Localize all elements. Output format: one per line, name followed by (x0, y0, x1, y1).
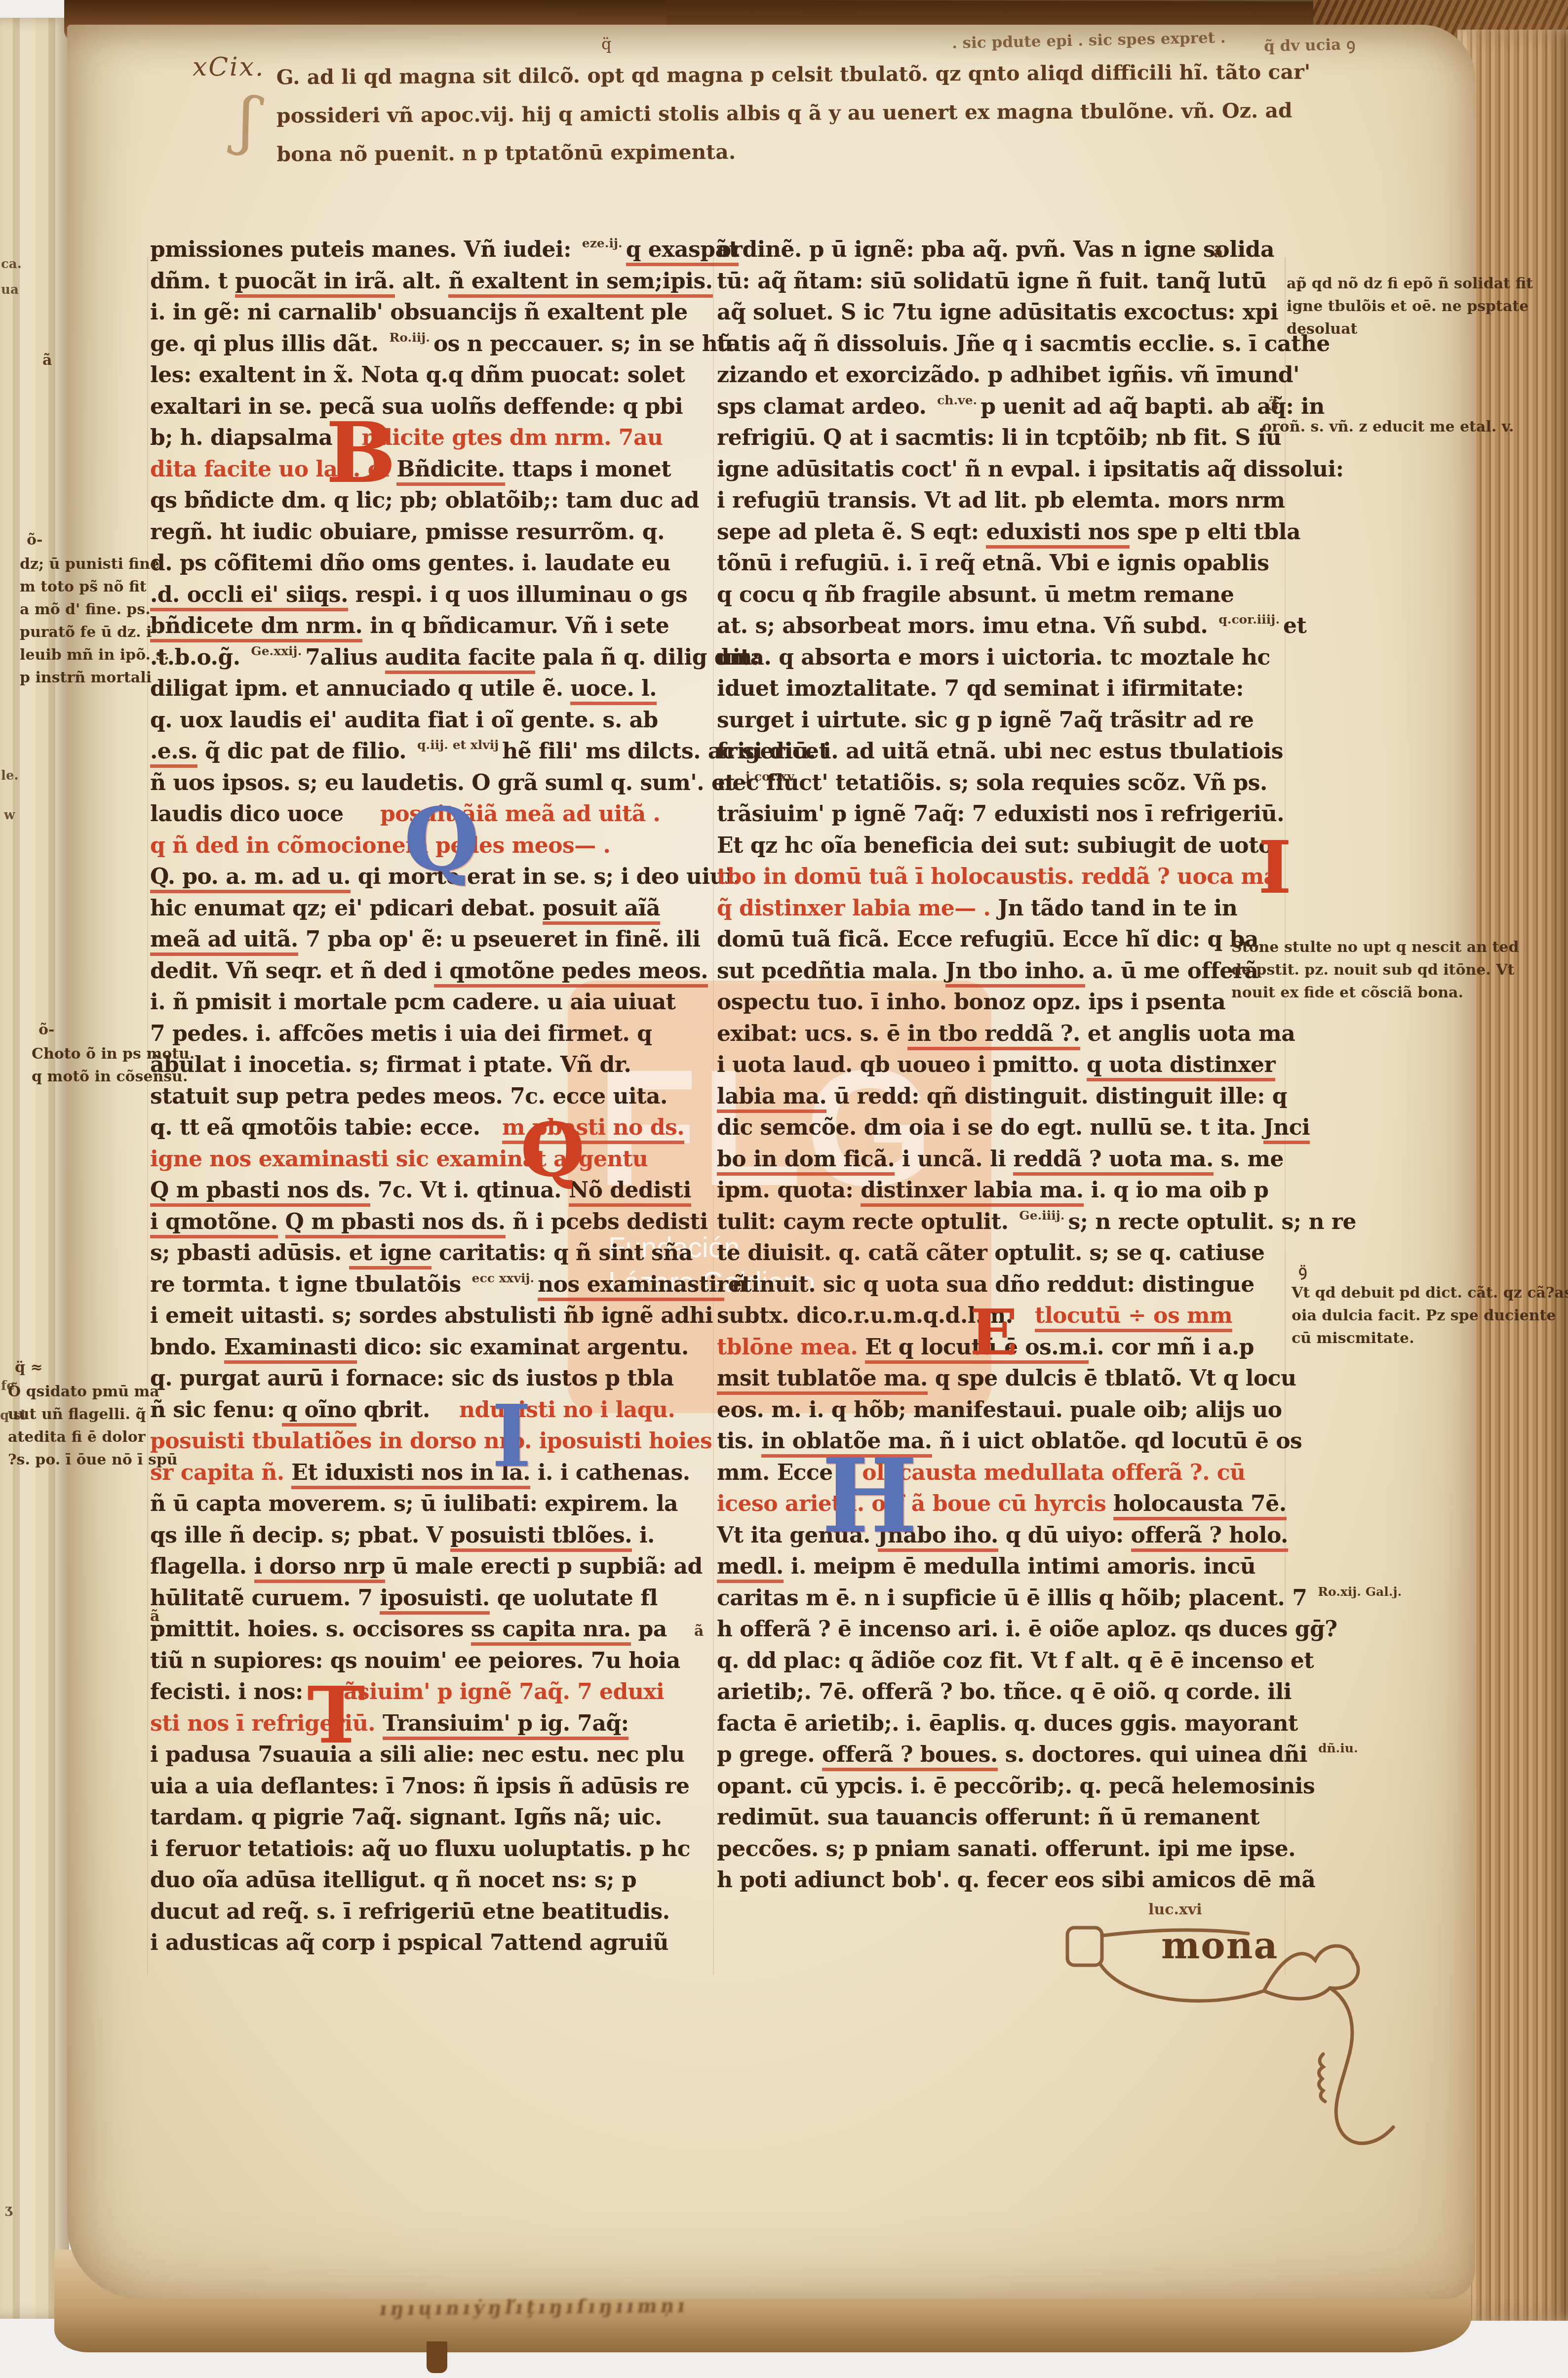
citation-note: Ro.xij. Gal.j. (1318, 1585, 1402, 1599)
manuscript-text-line: les: exaltent in x̃. Nota q.q dñm puocat… (150, 362, 708, 394)
margin-gloss-left: Õ qsidato pmū mauut uñ flagelli. q̃atedi… (8, 1381, 178, 1471)
manuscript-text-line: ge. qi plus illis dãt. Ro.iij.os n pecca… (150, 331, 708, 363)
manuscript-text-line: meã ad uitã. 7 pba op' ẽ: u pseueret in … (150, 927, 708, 958)
manuscript-text-line: ospectu tuo. ī inho. bonoz opz. ips i ps… (717, 990, 1285, 1021)
margin-gloss-line: desoluat (1287, 318, 1533, 341)
text-run: d. ps cõfitemi dño oms gentes. i. laudat… (150, 551, 670, 576)
text-run: tis. (717, 1428, 761, 1454)
manuscript-text-line: ñ ū capta moverem. s; ū iulibati: expire… (150, 1491, 708, 1523)
margin-gloss-line: a mõ d' fine. ps. (20, 598, 169, 621)
manuscript-text-line: ordinẽ. p ū ignẽ: pba aq̃. pvñ. Vas n ig… (717, 237, 1285, 269)
manuscript-text-line: posuisti tbulatiões in dorso nro. iposui… (150, 1428, 708, 1460)
text-run: offerã ? boues. (822, 1742, 998, 1771)
citation-note: dñ.iu. (1318, 1741, 1358, 1755)
margin-gloss-line: leuib mñ in ipõ. s. (20, 644, 169, 667)
text-run: tulit: caym recte optulit. (717, 1209, 1016, 1234)
manuscript-text-line: 7 pedes. i. affcões metis i uia dei firm… (150, 1021, 708, 1053)
text-run: refrigiū. Q at i sacmtis: li in tcptõib;… (717, 425, 1281, 450)
manuscript-text-line: tardam. q pigrie 7aq̃. signant. Igñs nã;… (150, 1805, 708, 1836)
text-run: peccões. s; p pniam sanati. offerunt. ip… (717, 1836, 1295, 1862)
manuscript-text-line: i feruor tetatiois: aq̃ uo fluxu uolupta… (150, 1836, 708, 1868)
text-run: Jnci (1263, 1115, 1310, 1144)
manuscript-text-line: dita facite uo lau. ei Bñdicite. ttaps i… (150, 457, 708, 488)
text-run: hic enumat qz; ei' pdicari debat. (150, 896, 543, 921)
text-run: i feruor tetatiois: aq̃ uo fluxu uolupta… (150, 1836, 690, 1862)
scroll-tail-scallops (1319, 2054, 1325, 2101)
manuscript-text-line: bo in dom ficã. i uncã. li reddã ? uota … (717, 1147, 1285, 1178)
text-run: labia ma. (717, 1084, 826, 1113)
margin-note-cue: q̈ ≈ (15, 1359, 43, 1376)
manuscript-text-line: q. tt eã qmotõis tabie: ecce. m pbasti n… (150, 1115, 708, 1147)
manuscript-text-line: dñm. t puocãt in irã. alt. ñ exaltent in… (150, 269, 708, 300)
margin-gloss-line: dz; ū punisti fine (20, 553, 169, 576)
margin-gloss-left: Choto õ in ps motu.q motõ in cõsensu. (32, 1043, 195, 1088)
margin-gloss-line: m toto ps̃ nõ fit (20, 576, 169, 598)
manuscript-text-line: i emeit uitasti. s; sordes abstulisti ñb… (150, 1303, 708, 1335)
text-run: ãbulat i inocetia. s; firmat i ptate. Vñ… (150, 1052, 631, 1077)
text-run: regñ. ht iudic obuiare, pmisse resurrõm.… (150, 519, 665, 545)
text-run: Et qz hc oĩa beneficia dei sut: subiugit… (717, 833, 1280, 858)
text-run: .e.s. (150, 739, 197, 768)
gutter-text-fragment: le. (1, 768, 18, 783)
text-run: re tormta. t igne tbulatõis (150, 1272, 469, 1297)
text-run: i uncã. li (895, 1147, 1013, 1172)
text-run: i. cor mñ i a.p (1089, 1335, 1254, 1360)
manuscript-text-line: uita. q absorta e mors i uictoria. tc mo… (717, 645, 1285, 676)
decorated-initial: I (492, 1398, 531, 1475)
manuscript-text-line: tatis aq̃ ñ dissoluis. Jñe q i sacmtis e… (717, 331, 1285, 363)
manuscript-text-line: bñdicete dm nrm. in q bñdicamur. Vñ i se… (150, 613, 708, 645)
text-run: ñ i pcebs dedisti (506, 1209, 708, 1234)
text-run: alt. (395, 269, 449, 294)
text-run: ū redd: qñ distinguit. distinguit ille: … (826, 1084, 1287, 1109)
text-run: tū: aq̃ ñtam: siū solidatū igne ñ fuit. … (717, 269, 1266, 294)
text-run: q uota distinxer (1087, 1052, 1275, 1081)
text-run: ū male erecti p supbiã: ad (385, 1554, 703, 1579)
header-gloss-line1: G. ad li qd magna sit dilcõ. opt qd magn… (276, 53, 1310, 97)
manuscript-text-line: duo oĩa adūsa itelligut. q ñ nocet ns: s… (150, 1867, 708, 1899)
text-run: flagella. (150, 1554, 254, 1579)
text-run: qe uolutate fl (490, 1585, 658, 1611)
text-run: duo oĩa adūsa itelligut. q ñ nocet ns: s… (150, 1867, 636, 1893)
header-gloss: G. ad li qd magna sit dilcõ. opt qd magn… (276, 53, 1311, 174)
text-run: sepe ad pleta ẽ. S eqt: (717, 519, 986, 545)
manuscript-text-line: igne adūsitatis coct' ñ n evpal. i ipsit… (717, 457, 1285, 488)
citation-note: Ge.iiij. (1019, 1208, 1064, 1223)
manuscript-text-line: regñ. ht iudic obuiare, pmisse resurrõm.… (150, 519, 708, 551)
decorated-initial: T (307, 1681, 365, 1751)
text-run: posuisti tblões. (450, 1523, 632, 1552)
manuscript-text-line: tbo in domū tuã ī holocaustis. reddã ? u… (717, 864, 1285, 896)
manuscript-text-line: i padusa 7suauia a sili alie: nec estu. … (150, 1742, 708, 1774)
text-run: fecisti. i nos: (150, 1679, 332, 1704)
scroll-roll (1067, 1928, 1102, 1965)
text-run: s. me (1214, 1147, 1284, 1172)
text-run: opant. cū ypcis. i. ē peccõrib;. q. pecã… (717, 1774, 1315, 1799)
text-run: q̃ dic pat de filio. (197, 739, 414, 764)
manuscript-text-line: sps clamat ardeo. ch.ve.p uenit ad aq̃ b… (717, 394, 1285, 426)
gutter-text-fragment: w (4, 808, 15, 823)
manuscript-text-line: igne nos examinasti sic examinat argentu (150, 1147, 708, 1178)
manuscript-text-line: sepe ad pleta ẽ. S eqt: eduxisti nos spe… (717, 519, 1285, 551)
text-run: q. uox laudis ei' audita fiat i oĩ gente… (150, 708, 658, 733)
text-run: Q m pbasti nos ds. (285, 1209, 506, 1238)
margin-gloss-line: Vt qd debuit pd dict. cãt. qz cã?as (1292, 1282, 1568, 1305)
decorated-initial: Q (520, 1117, 585, 1184)
manuscript-text-line: iceso arietū. off ã boue cū hyrcis holoc… (717, 1491, 1285, 1523)
text-run: 7 pba op' ẽ: u pseueret in finẽ. ili (298, 927, 701, 952)
header-gloss-line3: bona nõ puenit. n p tptatõnū expimenta. (276, 130, 1311, 174)
ruling-line-left (147, 257, 148, 1975)
text-run: dñm. t (150, 269, 235, 294)
facing-page-edge (0, 18, 69, 2319)
manuscript-text-line: uia a uia deflantes: ī 7nos: ñ ipsis ñ a… (150, 1774, 708, 1805)
text-run: Jn tbo inho. (945, 958, 1085, 988)
manuscript-text-line: mm. Ecce olocausta medullata offerã ?. c… (717, 1460, 1285, 1492)
text-run: meã ad uitã. (150, 927, 298, 956)
text-run: q oĩno (282, 1397, 356, 1427)
text-run: facta ē arietib;. i. ēaplis. q. duces gg… (717, 1711, 1298, 1736)
manuscript-text-line: re tormta. t igne tbulatõis ecc xxvij.no… (150, 1272, 708, 1304)
header-faded-note-2: q̃ dv ucia ꝯ (1264, 34, 1356, 56)
manuscript-text-line: ãbulat i inocetia. s; firmat i ptate. Vñ… (150, 1052, 708, 1084)
margin-gloss-line: ?s. po. ī ōue nō ī spū (8, 1449, 178, 1471)
text-run: q ñ ded in cõmocionem pedes meos— . (150, 833, 610, 858)
text-run: Q m pbasti nos ds. (150, 1178, 370, 1207)
text-run: bndo. (150, 1335, 224, 1360)
text-run: tblōne mea. (717, 1335, 865, 1360)
text-run: s. doctores. qui uinea dñi (998, 1742, 1315, 1767)
text-run: p grege. (717, 1742, 822, 1767)
text-run: dedit. Vñ seqr. et ñ ded (150, 958, 434, 984)
scroll-tail (1330, 1988, 1393, 2143)
manuscript-text-line: h offerã ? ē incenso ari. i. ē oiõe aplo… (717, 1617, 1285, 1648)
gutter-text-fragment: q sl (0, 1408, 26, 1423)
manuscript-text-line: statuit sup petra pedes meos. 7c. ecce u… (150, 1084, 708, 1115)
gutter-text-fragment: ca. (1, 257, 22, 272)
margin-gloss-line: Choto õ in ps motu. (32, 1043, 195, 1066)
text-run: retinuit. sic q uota sua dño reddut: dis… (717, 1272, 1254, 1297)
manuscript-text-line: tõnū i refugiū. i. ī req̃ etnã. Vbi e ig… (717, 551, 1285, 582)
manuscript-text-line: iduet imoztalitate. 7 qd seminat i ifirm… (717, 676, 1285, 708)
text-run: i. q io ma oib p (1084, 1178, 1269, 1203)
margin-gloss-line: oia dulcia facit. Pz spe duciente (1292, 1305, 1568, 1327)
citation-note: q.iij. et xlvij (417, 738, 499, 752)
text-run: 7 pedes. i. affcões metis i uia dei firm… (150, 1021, 652, 1046)
text-run: te diuisit. q. catã cãter optulit. s; se… (717, 1240, 1264, 1266)
manuscript-text-line: q. uox laudis ei' audita fiat i oĩ gente… (150, 708, 708, 739)
citation-note: ecc xxvij. (472, 1271, 535, 1285)
left-text-column: pmissiones puteis manes. Vñ iudei: eze.i… (150, 237, 708, 1962)
gutter-text-fragment: ua (1, 282, 19, 297)
text-run: tiũ n supiores: qs nouim' ee peiores. 7u… (150, 1648, 680, 1673)
scroll-band-bottom (1101, 1965, 1264, 2001)
text-run: i qmotõne pedes meos. (434, 958, 708, 988)
manuscript-text-line: ducut ad req̃. s. ī refrigeriū etne beat… (150, 1899, 708, 1931)
margin-gloss-line: Õ qsidato pmū ma (8, 1381, 178, 1403)
scroll-band-top (1102, 1930, 1248, 1936)
right-text-column: ordinẽ. p ū ignẽ: pba aq̃. pvñ. Vas n ig… (717, 237, 1285, 1899)
text-run: ñ exaltent in sem;ipis. (448, 269, 712, 298)
manuscript-text-line: opant. cū ypcis. i. ē peccõrib;. q. pecã… (717, 1774, 1285, 1805)
citation-note: Ge.xxij. (251, 644, 302, 658)
text-run: olocausta medullata offerã ?. cū (862, 1460, 1245, 1485)
text-run: et igne (349, 1240, 432, 1269)
manuscript-text-line: eos. m. i. q hõb; manifestaui. puale oib… (717, 1397, 1285, 1429)
text-run: 7alius (305, 645, 385, 670)
manuscript-text-line: Et qz hc oĩa beneficia dei sut: subiugit… (717, 833, 1285, 865)
text-run: iposuisti. (380, 1585, 489, 1615)
text-run: i. (632, 1523, 655, 1548)
manuscript-text-line: ñ sic fenu: q oĩno qbrit. nduxisti no i … (150, 1397, 708, 1429)
under-page-text-sliver: ıŋıųınıẏŋľıţıŋıſıŋıımņı (378, 2295, 690, 2320)
text-run: qs bñdicte dm. q lic; pb; oblatõib;: tam… (150, 488, 699, 513)
citation-note: eze.ij. (582, 236, 623, 250)
manuscript-text-line: hūlitatẽ curuem. 7 iposuisti. qe uolutat… (150, 1585, 708, 1617)
text-run: Q. po. a. m. ad u. (150, 864, 351, 893)
text-run: s; pbasti adūsis. (150, 1240, 349, 1266)
text-run: dico: sic examinat argentu. (357, 1335, 689, 1360)
text-run: exaltari in se. pecã sua uolñs deffende:… (150, 394, 683, 419)
text-run: arietib;. 7ē. offerã ? bo. tñce. q ē oiõ… (717, 1679, 1292, 1704)
text-run: q. purgat aurū i fornace: sic ds iustos … (150, 1366, 674, 1391)
text-run: tatis aq̃ ñ dissoluis. Jñe q i sacmtis e… (717, 331, 1330, 357)
text-run: pa (631, 1617, 667, 1642)
margin-gloss-right: Stone stulte no upt q nescit an tedde ps… (1231, 936, 1519, 1004)
margin-gloss-line: cū miscmitate. (1292, 1327, 1568, 1350)
text-run: nos examinasti. (538, 1272, 724, 1301)
text-run: Jn tãdo tand in te in (998, 896, 1237, 921)
text-run: Examinasti (224, 1335, 357, 1364)
text-run: eos. m. i. q hõb; manifestaui. puale oib… (717, 1397, 1282, 1423)
margin-gloss-line: nouit ex fide et cõsciã bona. (1231, 982, 1519, 1004)
text-run: trãsiuim' p ignẽ 7aq̃: 7 eduxisti nos ī … (717, 801, 1284, 827)
text-run: et (1283, 613, 1306, 638)
text-run: redimūt. sua tauancis offerunt: ñ ū rema… (717, 1805, 1259, 1830)
text-run: diligat ipm. et annuciado q utile ẽ. (150, 676, 570, 701)
text-run: i. i cathenas. (530, 1460, 690, 1485)
manuscript-text-line: i. in gẽ: ni carnalib' obsuancijs ñ exal… (150, 300, 708, 331)
manuscript-text-line: tis. in oblatõe ma. ñ i uict oblatõe. qd… (717, 1428, 1285, 1460)
citation-note: ch.ve. (937, 393, 977, 407)
text-run: i. in gẽ: ni carnalib' obsuancijs ñ exal… (150, 300, 688, 325)
manuscript-text-line: .d. occli ei' siiqs. respi. i q uos illu… (150, 582, 708, 614)
text-run: uita. q absorta e mors i uictoria. tc mo… (717, 645, 1270, 670)
text-run: holocausta 7ē. (1113, 1491, 1287, 1520)
margin-gloss-line: atedita fi ē dolor (8, 1426, 178, 1449)
text-run: sps clamat ardeo. (717, 394, 934, 419)
decorated-initial: I (1258, 835, 1292, 900)
text-run: ipm. quota: (717, 1178, 861, 1203)
text-run: zizando et exorcizãdo. p adhibet igñis. … (717, 362, 1299, 388)
manuscript-text-line: qs bñdicte dm. q lic; pb; oblatõib;: tam… (150, 488, 708, 519)
text-run: dic semcõe. dm oia i se do egt. nullū se… (717, 1115, 1263, 1140)
text-run: q dū uiyo: (998, 1523, 1131, 1548)
text-run: puocãt in irã. (235, 269, 395, 298)
text-run: medl. (717, 1554, 784, 1583)
manuscript-text-line: dedit. Vñ seqr. et ñ ded i qmotõne pedes… (150, 958, 708, 990)
text-run: surget i uirtute. sic g p ignẽ 7aq̃ trãs… (717, 708, 1254, 733)
manuscript-text-line: hic enumat qz; ei' pdicari debat. posuit… (150, 896, 708, 927)
manuscript-text-line: i adusticas aq̃ corp i pspical 7attend a… (150, 1930, 708, 1962)
manuscript-text-line: i qmotõne. Q m pbasti nos ds. ñ i pcebs … (150, 1209, 708, 1241)
text-run: exibat: ucs. s. ē (717, 1021, 907, 1046)
margin-gloss-line: de pstit. pz. nouit sub qd itōne. Vt (1231, 959, 1519, 982)
margin-gloss-right: Vt qd debuit pd dict. cãt. qz cã?asoia d… (1292, 1282, 1568, 1350)
text-run: et anglis uota ma (1080, 1021, 1295, 1046)
text-run: frigeriū. i. ad uitã etnã. ubi nec estus… (717, 739, 1283, 764)
text-run: eduxisti nos (986, 519, 1130, 549)
manuscript-text-line: qs ille ñ decip. s; pbat. V posuisti tbl… (150, 1523, 708, 1554)
text-run: i uota laud. qb uoueo i pmitto. (717, 1052, 1087, 1077)
scroll-head (1264, 1946, 1358, 1999)
manuscript-text-line: msit tublatõe ma. q spe dulcis ē tblatõ.… (717, 1366, 1285, 1397)
text-run: i. ñ pmisit i mortale pcm cadere. u aia … (150, 990, 676, 1015)
text-run: domū tuã ficã. Ecce refugiū. Ecce hĩ dic… (717, 927, 1258, 952)
text-run: tlocutū ÷ os mm (1035, 1303, 1232, 1332)
text-run: Nõ dedisti (569, 1178, 691, 1207)
manuscript-text-line: peccões. s; p pniam sanati. offerunt. ip… (717, 1836, 1285, 1868)
manuscript-text-line: exaltari in se. pecã sua uolñs deffende:… (150, 394, 708, 426)
margin-note-cue: õ- (27, 531, 42, 549)
margin-gloss-line: puratõ fe ū dz. i (20, 621, 169, 644)
text-run: ttaps i monet (505, 457, 671, 482)
text-run: ospectu tuo. ī inho. bonoz opz. ips i ps… (717, 990, 1225, 1015)
text-run: Bñdicite. (396, 457, 505, 486)
text-run: pmittit. hoies. s. occisores (150, 1617, 471, 1642)
manuscript-text-line: i refugiū transis. Vt ad lit. pb elemta.… (717, 488, 1285, 519)
text-run: ducut ad req̃. s. ī refrigeriū etne beat… (150, 1899, 670, 1924)
margin-gloss-line: p instrñ mortali (20, 667, 169, 689)
text-run: ge. qi plus illis dãt. (150, 331, 386, 357)
margin-gloss-line: q motõ in cõsensu. (32, 1066, 195, 1088)
text-run: ss capita nra. (471, 1617, 631, 1646)
margin-note-cue: ꝯ̈ (1298, 1260, 1307, 1280)
manuscript-text-line: .e.s. q̃ dic pat de filio. q.iij. et xlv… (150, 739, 708, 770)
decorated-initial: Q (404, 801, 479, 879)
manuscript-text-line: Vt ita genua. Jnābo iho. q dū uiyo: offe… (717, 1523, 1285, 1554)
text-run: posuisti tbulatiões in dorso nro. iposui… (150, 1428, 712, 1454)
margin-mark: ã (694, 1623, 704, 1640)
manuscript-text-line: pmissiones puteis manes. Vñ iudei: eze.i… (150, 237, 708, 269)
citation-note: Ro.iij. (389, 330, 430, 345)
text-run: tõnū i refugiū. i. ī req̃ etnã. Vbi e ig… (717, 551, 1269, 576)
margin-gloss-line: oroñ. s. vñ. z educit me etal. v. (1262, 416, 1514, 438)
manuscript-text-line: dic semcõe. dm oia i se do egt. nullū se… (717, 1115, 1285, 1147)
text-run: Transiuim' p ig. 7aq̃: (383, 1711, 629, 1740)
manuscript-text-line: bndo. Examinasti dico: sic examinat arge… (150, 1335, 708, 1366)
text-run: in q bñdicamur. Vñ i sete (362, 613, 669, 638)
text-run: distinxer labia ma. (861, 1178, 1083, 1207)
decorated-initial: B (326, 416, 396, 490)
text-run: laudis dico uoce (150, 801, 380, 827)
text-run: ñ i uict oblatõe. qd locutū ē os (932, 1428, 1302, 1454)
manuscript-text-line: tulit: caym recte optulit. Ge.iiij.s; n … (717, 1209, 1285, 1241)
text-run (278, 1209, 285, 1234)
manuscript-text-line: trãsiuim' p ignẽ 7aq̃: 7 eduxisti nos ī … (717, 801, 1285, 833)
decorated-initial: H (822, 1451, 918, 1542)
text-run: qs ille ñ decip. s; pbat. V (150, 1523, 450, 1548)
text-run: i. meipm ē medulla intimi amoris. incū (784, 1554, 1256, 1579)
manuscript-text-line: arietib;. 7ē. offerã ? bo. tñce. q ē oiõ… (717, 1679, 1285, 1711)
text-run: uoce. l. (570, 676, 657, 705)
text-run: q̃ distinxer labia me— . (717, 896, 998, 921)
text-run: rãsiuim' p ignẽ 7aq̃. 7 eduxi (332, 1679, 664, 1704)
manuscript-text-line: surget i uirtute. sic g p ignẽ 7aq̃ trãs… (717, 708, 1285, 739)
manuscript-text-line: aq̃ soluet. S ic 7tu igne adūsitatis exc… (717, 300, 1285, 331)
manuscript-text-line: zizando et exorcizãdo. p adhibet igñis. … (717, 362, 1285, 394)
text-run: i adusticas aq̃ corp i pspical 7attend a… (150, 1930, 668, 1955)
margin-note-cue: ʒ̈ (1269, 394, 1277, 411)
manuscript-text-line: labia ma. ū redd: qñ distinguit. disting… (717, 1084, 1285, 1115)
text-run: uia a uia deflantes: ī 7nos: ñ ipsis ñ a… (150, 1774, 689, 1799)
catchword-scroll-drawing (1027, 1886, 1451, 2163)
manuscript-text-line: q. purgat aurū i fornace: sic ds iustos … (150, 1366, 708, 1397)
header-gloss-line2: possideri vñ apoc.vij. hij q amicti stol… (276, 91, 1311, 135)
manuscript-text-line: sut pcedñtia mala. Jn tbo inho. a. ū me … (717, 958, 1285, 990)
manuscript-text-line: facta ē arietib;. i. ēaplis. q. duces gg… (717, 1711, 1285, 1743)
manuscript-text-line: frigeriū. i. ad uitã etnã. ubi nec estus… (717, 739, 1285, 770)
manuscript-text-line: q. dd plac: q ãdiõe coz fit. Vt f alt. q… (717, 1648, 1285, 1680)
text-run: h offerã ? ē incenso ari. i. ē oiõe aplo… (717, 1617, 1337, 1642)
folio-number: xCix. (193, 52, 265, 82)
text-run: sut pcedñtia mala. (717, 958, 945, 984)
margin-gloss-right: oroñ. s. vñ. z educit me etal. v. (1262, 416, 1514, 438)
header-cue-mark: q̈ (601, 35, 611, 53)
text-run: les: exaltent in x̃. Nota q.q dñm puocat… (150, 362, 685, 388)
manuscript-text-line: fecisti. i nos: rãsiuim' p ignẽ 7aq̃. 7 … (150, 1679, 708, 1711)
manuscript-text-line: b; h. diapsalma ndicite gtes dm nrm. 7au (150, 425, 708, 457)
manuscript-text-line: d. ps cõfitemi dño oms gentes. i. laudat… (150, 551, 708, 582)
text-run: reddã ? uota ma. (1013, 1147, 1214, 1176)
margin-mark: ã (42, 352, 52, 369)
text-run: q cocu q ñb fragile absunt. ū metm reman… (717, 582, 1234, 607)
margin-mark: ã (1214, 244, 1223, 261)
text-run: q. dd plac: q ãdiõe coz fit. Vt f alt. q… (717, 1648, 1314, 1673)
citation-note: q.cor.iiij. (1218, 612, 1280, 627)
text-run: i dorso nrp (254, 1554, 385, 1583)
text-run: iduet imoztalitate. 7 qd seminat i ifirm… (717, 676, 1244, 701)
manuscript-text-line: medl. i. meipm ē medulla intimi amoris. … (717, 1554, 1285, 1585)
text-run: .d. occli ei' siiqs. (150, 582, 348, 611)
manuscript-text-line: te diuisit. q. catã cãter optulit. s; se… (717, 1240, 1285, 1272)
text-run: tardam. q pigrie 7aq̃. signant. Igñs nã;… (150, 1805, 662, 1830)
manuscript-text-line: caritas m ē. n i supficie ū ē illis q hõ… (717, 1585, 1285, 1617)
manuscript-text-line: domū tuã ficã. Ecce refugiū. Ecce hĩ dic… (717, 927, 1285, 958)
text-run: i qmotõne. (150, 1209, 278, 1238)
text-run: qbrit. (356, 1397, 459, 1423)
manuscript-text-line: s; pbasti adūsis. et igne caritatis: q ñ… (150, 1240, 708, 1272)
margin-note-cue: õ- (39, 1021, 54, 1038)
manuscript-text-line: Q m pbasti nos ds. 7c. Vt i. qtinua. Nõ … (150, 1178, 708, 1209)
margin-gloss-left: dz; ū punisti finem toto ps̃ nõ fita mõ … (20, 553, 169, 689)
margin-gloss-right: ap̃ qd nõ dz fi epõ ñ solidat fitigne tb… (1287, 273, 1533, 341)
manuscript-text-line: i uota laud. qb uoueo i pmitto. q uota d… (717, 1052, 1285, 1084)
manuscript-text-line: redimūt. sua tauancis offerunt: ñ ū rema… (717, 1805, 1285, 1836)
decorated-initial: E (970, 1305, 1018, 1361)
manuscript-text-line: refrigiū. Q at i sacmtis: li in tcptõib;… (717, 425, 1285, 457)
text-run: i emeit uitasti. s; sordes abstulisti ñb… (150, 1303, 713, 1328)
manuscript-text-line: flagella. i dorso nrp ū male erecti p su… (150, 1554, 708, 1585)
manuscript-text-line: nec fluct' tetatiõis. s; sola requies sc… (717, 770, 1285, 802)
text-run: posuit aĩã (543, 896, 660, 925)
manuscript-text-line: diligat ipm. et annuciado q utile ẽ. uoc… (150, 676, 708, 708)
text-run: offerã ? holo. (1131, 1523, 1288, 1552)
manuscript-photo: FLG Fundación Lázaro Galdiano xCix. q̈ ʃ… (0, 0, 1568, 2378)
text-run: igne adūsitatis coct' ñ n evpal. i ipsit… (717, 457, 1343, 482)
manuscript-text-line: tū: aq̃ ñtam: siū solidatū igne ñ fuit. … (717, 269, 1285, 300)
manuscript-text-line: q̃ distinxer labia me— . Jn tãdo tand in… (717, 896, 1285, 927)
